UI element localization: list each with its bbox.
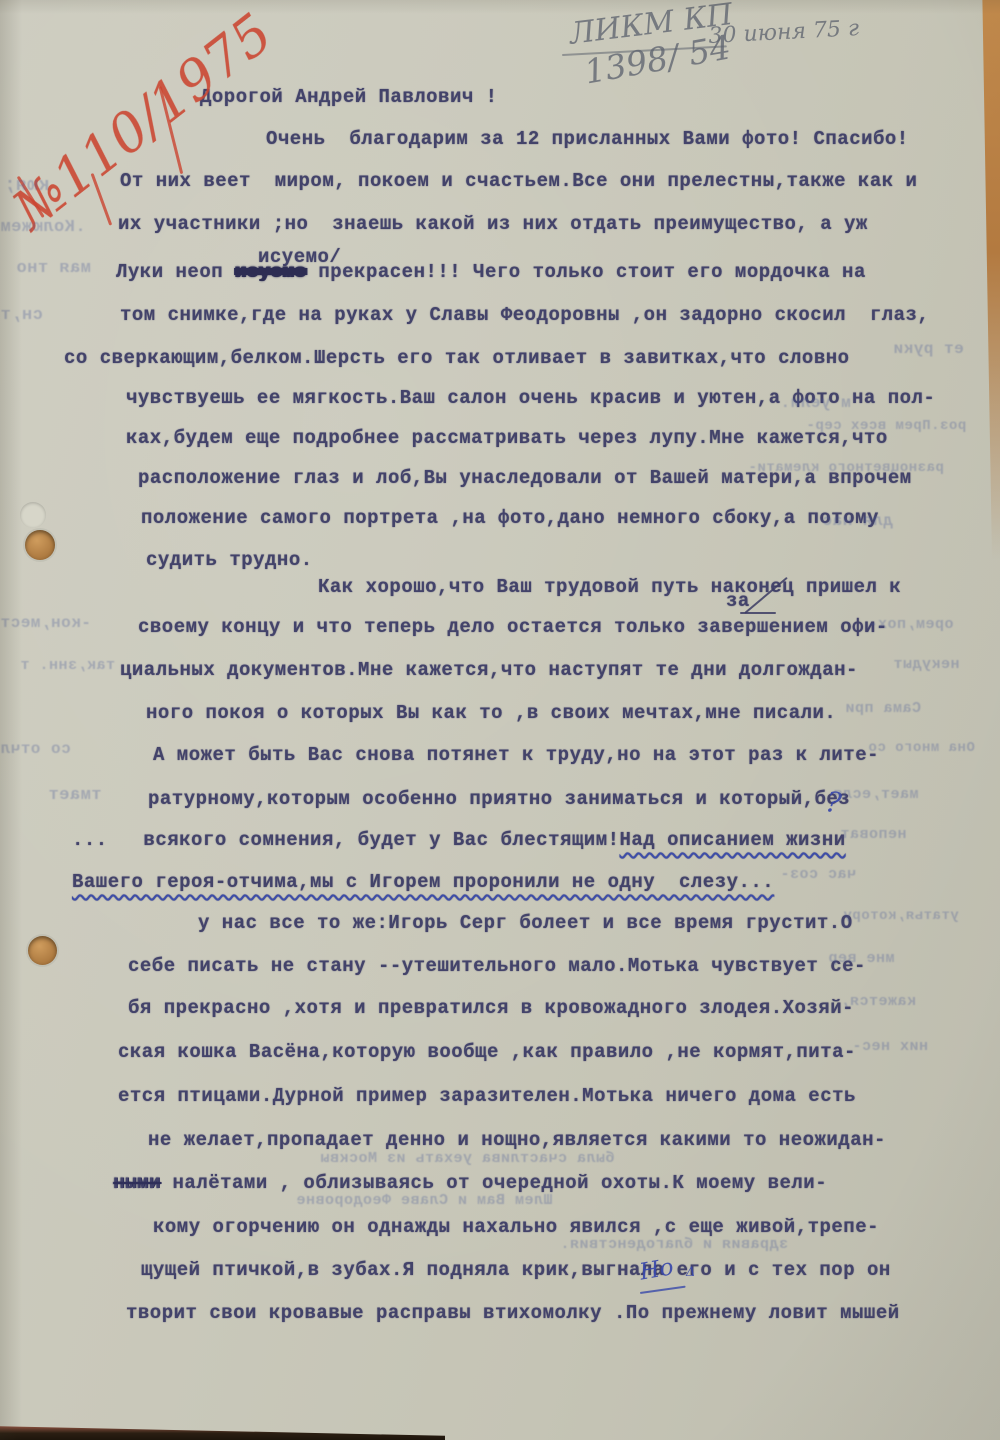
- typed-line: Дорогой Андрей Павлович !: [200, 86, 498, 108]
- bleed-through-text: Шлем Вам и Славе Феодоровне: [296, 1192, 553, 1209]
- bleed-through-text: со отчл: [0, 740, 71, 758]
- typed-segment: Очень благодарим за 12 присланных Вами ф…: [266, 128, 909, 150]
- typed-segment: ...: [72, 829, 143, 851]
- bleed-through-text: .Колюжем: [0, 218, 86, 237]
- punch-hole: [20, 502, 46, 528]
- bleed-through-text: Она много со: [868, 740, 975, 756]
- typed-line: Как хорошо,что Ваш трудовой путь наконец…: [318, 576, 901, 598]
- typed-segment: ется птицами.Дурной пример заразителен.М…: [118, 1085, 856, 1107]
- typed-line: циальных документов.Мне кажется,что наст…: [120, 659, 858, 681]
- bleed-through-text: мает,есля: [833, 786, 919, 803]
- pencil-date: 30 июня 75 г: [708, 18, 860, 48]
- bleed-through-text: -кон,мест: [0, 614, 91, 632]
- typed-segment: ская кошка Васёна,которую вообще ,как пр…: [118, 1041, 856, 1063]
- typed-segment: всякого сомнения, будет у Вас блестящим!: [143, 829, 619, 851]
- typed-segment-ul: Вашего героя-отчима,мы с Игорем проронил…: [72, 871, 774, 893]
- typed-line: их участники ;но знаешь какой из них отд…: [118, 213, 868, 235]
- letter-page: Дорогой Андрей Павлович !Очень благодари…: [0, 0, 1000, 1440]
- punch-hole: [28, 936, 57, 965]
- red-archive-number: №110/1975: [4, 5, 281, 238]
- typed-line: ... всякого сомнения, будет у Вас блестя…: [72, 829, 846, 851]
- typed-insert-underscore: [740, 612, 776, 614]
- bleed-through-text: сн,т: [0, 306, 43, 325]
- typed-line: том снимке,где на руках у Славы Феодоров…: [120, 304, 929, 326]
- desk-edge-top-right: [980, 0, 1000, 560]
- bleed-through-text: тмает: [48, 786, 102, 805]
- typed-line: Очень благодарим за 12 присланных Вами ф…: [266, 128, 909, 150]
- typed-segment: прекрасен!!! Чего только стоит его мордо…: [306, 261, 865, 283]
- typed-line: своему концу и что теперь дело остается …: [138, 616, 888, 638]
- typed-line: кому огорчению он однажды нахально явилс…: [153, 1216, 879, 1238]
- typed-segment: не желает,пропадает денно и нощно,являет…: [148, 1129, 886, 1151]
- bleed-through-text: некудыт: [893, 656, 960, 673]
- typed-line: ратурному,которым особенно приятно заним…: [148, 788, 850, 810]
- bleed-through-text: Сама при: [845, 700, 921, 717]
- bleed-through-text: здравия и благоденствия.: [560, 1236, 788, 1253]
- typed-segment: положение самого портрета ,на фото,дано …: [141, 507, 879, 529]
- typed-segment: налётами , облизываясь от очередной охот…: [161, 1172, 828, 1194]
- bleed-through-text: кюя;: [4, 176, 49, 196]
- punch-hole: [25, 530, 55, 560]
- pen-flourish: [640, 1286, 686, 1294]
- bleed-through-text: утатья,котору: [843, 908, 959, 924]
- typed-line: со сверкающим,белком.Шерсть его так отли…: [64, 347, 850, 369]
- typed-segment: своему концу и что теперь дело остается …: [138, 616, 888, 638]
- typed-line: ными налётами , облизываясь от очередной…: [113, 1172, 827, 1194]
- typed-segment: Как хорошо,что Ваш трудовой путь наконец…: [318, 576, 901, 598]
- typed-segment: Луки неоп: [116, 261, 235, 283]
- typed-segment: циальных документов.Мне кажется,что наст…: [120, 659, 858, 681]
- bleed-through-text: час соз-: [780, 866, 856, 883]
- bleed-through-text: разноцветного клемати-: [748, 460, 944, 476]
- pen-caret: Δ: [686, 1266, 695, 1279]
- typed-segment: бя прекрасно ,хотя и превратился в крово…: [128, 997, 854, 1019]
- typed-line: От них веет миром, покоем и счастьем.Все…: [120, 170, 917, 192]
- typed-segment: ного покоя о которых Вы как то ,в своих …: [146, 702, 836, 724]
- bleed-through-text: м уели.: [780, 394, 851, 412]
- typed-segment: со сверкающим,белком.Шерсть его так отли…: [64, 347, 850, 369]
- typed-line: творит свои кровавые расправы втихомолку…: [126, 1302, 900, 1324]
- typed-line: не желает,пропадает денно и нощно,являет…: [148, 1129, 886, 1151]
- bleed-through-text: была счастлива уехать из Москвы: [320, 1150, 615, 1167]
- typed-segment: себе писать не стану --утешительного мал…: [128, 955, 866, 977]
- typed-line: ного покоя о которых Вы как то ,в своих …: [146, 702, 836, 724]
- typed-line: Луки неоп исуемо прекрасен!!! Чего тольк…: [116, 261, 866, 283]
- typed-segment-ul: Над описанием жизни: [620, 829, 846, 851]
- typed-segment: у нас все то же:Игорь Серг болеет и все …: [198, 912, 853, 934]
- typed-segment: кому огорчению он однажды нахально явилс…: [153, 1216, 879, 1238]
- typed-segment: том снимке,где на руках у Славы Феодоров…: [120, 304, 929, 326]
- typed-segment: судить трудно.: [146, 549, 313, 571]
- typed-segment: за: [726, 590, 750, 612]
- typed-line: А может быть Вас снова потянет к труду,н…: [153, 744, 879, 766]
- typed-line: щущей птичкой,в зубах.Я подняла крик,выг…: [141, 1259, 891, 1281]
- bleed-through-text: мне вер: [828, 950, 895, 967]
- typed-segment: От них веет миром, покоем и счастьем.Все…: [120, 170, 917, 192]
- typed-line: себе писать не стану --утешительного мал…: [128, 955, 866, 977]
- typed-segment: ках,будем еще подробнее рассматривать че…: [126, 427, 888, 449]
- typed-line: бя прекрасно ,хотя и превратился в крово…: [128, 997, 854, 1019]
- bleed-through-text: неповат: [840, 826, 907, 843]
- typed-segment: щущей птичкой,в зубах.Я подняла крик,выг…: [141, 1259, 891, 1281]
- typed-line: ках,будем еще подробнее рассматривать че…: [126, 427, 888, 449]
- bleed-through-text: для нас: [822, 512, 893, 530]
- typed-segment: А может быть Вас снова потянет к труду,н…: [153, 744, 879, 766]
- typed-line: положение самого портрета ,на фото,дано …: [141, 507, 879, 529]
- typed-line: судить трудно.: [146, 549, 313, 571]
- pen-correction-no: Но: [638, 1256, 675, 1285]
- typed-line: ская кошка Васёна,которую вообще ,как пр…: [118, 1041, 856, 1063]
- typed-line: Вашего героя-отчима,мы с Игорем проронил…: [72, 871, 774, 893]
- typed-segment-over: ными: [113, 1172, 161, 1194]
- typed-line: за: [726, 590, 750, 612]
- bleed-through-text: мая тно: [16, 259, 91, 278]
- bleed-through-text: кажется,: [840, 993, 916, 1010]
- typed-segment: творит свои кровавые расправы втихомолку…: [126, 1302, 900, 1324]
- bleed-through-text: орем,пох-: [868, 616, 954, 633]
- typed-line: ется птицами.Дурной пример заразителен.М…: [118, 1085, 856, 1107]
- typed-line: у нас все то же:Игорь Серг болеет и все …: [198, 912, 853, 934]
- typed-segment-struck: исуемо: [235, 261, 306, 283]
- bleed-through-text: них нес-: [852, 1038, 928, 1055]
- bleed-through-text: так,знн. т: [20, 657, 115, 674]
- typed-segment: Дорогой Андрей Павлович !: [200, 86, 498, 108]
- desk-edge-bottom-left: [0, 1425, 445, 1440]
- typed-segment: их участники ;но знаешь какой из них отд…: [118, 213, 868, 235]
- bleed-through-text: роз.Прем всех сер-: [806, 418, 966, 434]
- bleed-through-text: ет руки: [893, 340, 964, 358]
- typed-segment: ратурному,которым особенно приятно заним…: [148, 788, 850, 810]
